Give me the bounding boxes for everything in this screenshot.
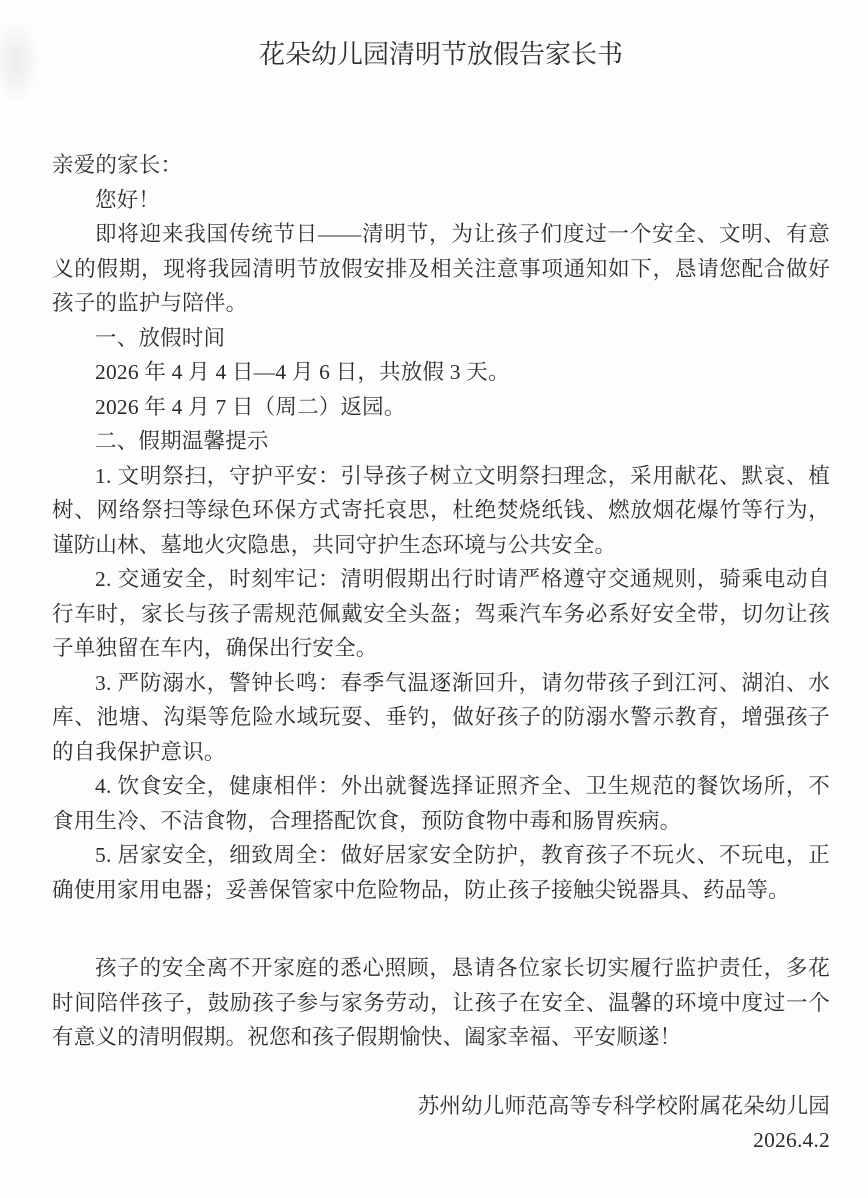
tip-item-4: 4. 饮食安全，健康相伴：外出就餐选择证照齐全、卫生规范的餐饮场所，不食用生冷、… bbox=[52, 769, 830, 838]
closing-paragraph: 孩子的安全离不开家庭的悉心照顾，恳请各位家长切实履行监护责任，多花时间陪伴孩子，… bbox=[52, 951, 830, 1055]
tip-item-2: 2. 交通安全，时刻牢记：清明假期出行时请严格遵守交通规则，骑乘电动自行车时，家… bbox=[52, 562, 830, 666]
signature: 苏州幼儿师范高等专科学校附属花朵幼儿园 bbox=[52, 1089, 830, 1124]
tip-item-1: 1. 文明祭扫，守护平安：引导孩子树立文明祭扫理念，采用献花、默哀、植树、网络祭… bbox=[52, 459, 830, 563]
date: 2026.4.2 bbox=[52, 1123, 830, 1158]
scan-artifact bbox=[0, 20, 40, 104]
holiday-dates-line: 2026 年 4 月 4 日—4 月 6 日，共放假 3 天。 bbox=[52, 355, 830, 390]
section-holiday-heading: 一、放假时间 bbox=[52, 321, 830, 356]
salutation: 亲爱的家长： bbox=[52, 148, 830, 183]
notice-page: 花朵幼儿园清明节放假告家长书 亲爱的家长： 您好！ 即将迎来我国传统节日——清明… bbox=[0, 0, 868, 1198]
tip-item-5: 5. 居家安全，细致周全：做好居家安全防护，教育孩子不玩火、不玩电，正确使用家用… bbox=[52, 838, 830, 907]
section-tips-heading: 二、假期温馨提示 bbox=[52, 424, 830, 459]
return-date-line: 2026 年 4 月 7 日（周二）返园。 bbox=[52, 390, 830, 425]
greeting: 您好！ bbox=[52, 183, 830, 218]
intro-paragraph: 即将迎来我国传统节日——清明节，为让孩子们度过一个安全、文明、有意义的假期，现将… bbox=[52, 217, 830, 321]
tip-item-3: 3. 严防溺水，警钟长鸣：春季气温逐渐回升，请勿带孩子到江河、湖泊、水库、池塘、… bbox=[52, 666, 830, 770]
notice-title: 花朵幼儿园清明节放假告家长书 bbox=[52, 36, 830, 74]
